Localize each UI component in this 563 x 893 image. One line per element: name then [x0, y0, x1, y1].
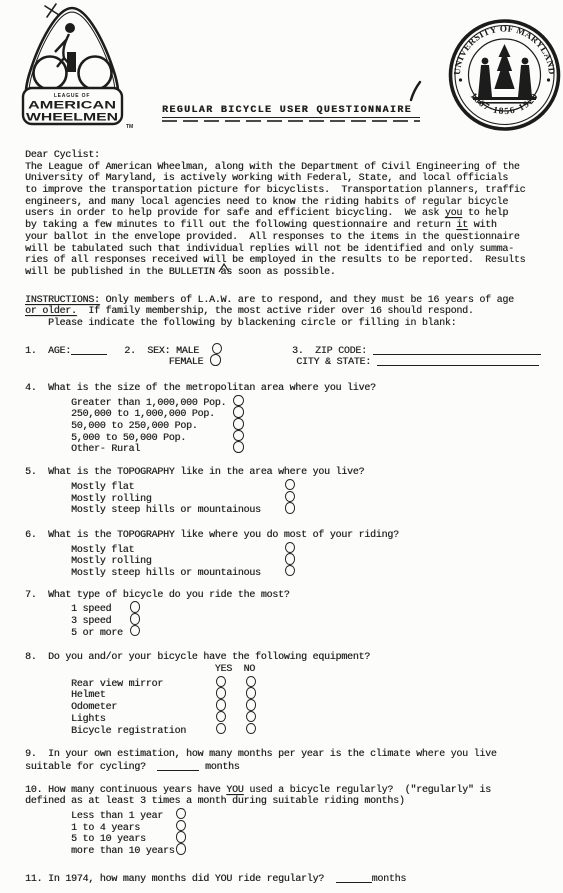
questions: 1. AGE: 2. SEX: MALE 3. ZIP CODE: FEMALE… — [25, 343, 555, 885]
text-line: FEMALE CITY & STATE: — [25, 354, 555, 366]
text-line: Mostly rolling — [25, 553, 555, 565]
text-run: will be tabulated such that individual r… — [25, 244, 514, 255]
answer-circle[interactable] — [285, 479, 296, 491]
text-line: 5 or more — [25, 625, 555, 637]
question-block-q123: 1. AGE: 2. SEX: MALE 3. ZIP CODE: FEMALE… — [25, 343, 555, 366]
text-line: 3 speed — [25, 613, 555, 625]
text-run: Dear Cyclist: — [25, 150, 100, 161]
page-title: REGULAR BICYCLE USER QUESTIONNAIRE — [162, 105, 420, 122]
text-run: with — [468, 220, 497, 231]
text-run: 9. In your own estimation, how many mont… — [25, 749, 497, 760]
text-run: 8. Do you and/or your bicycle have the f… — [25, 652, 370, 663]
text-line: 1 to 4 years — [25, 820, 555, 832]
text-run: Bicycle registration — [25, 726, 215, 737]
text-run: to help — [462, 208, 508, 219]
text-run — [227, 726, 244, 737]
answer-circle[interactable] — [233, 406, 244, 418]
text-run: The League of American Wheelman, along w… — [25, 162, 520, 173]
text-run: Mostly steep hills or mountainous — [25, 568, 284, 579]
text-line: Rear view mirror — [25, 676, 555, 688]
text-run: ries of all responses received will be e… — [25, 255, 525, 266]
text-run: CITY & STATE: — [222, 357, 377, 368]
text-run: users in order to help provide for safe … — [25, 208, 445, 219]
letter-body: Dear Cyclist:The League of American Whee… — [25, 150, 555, 279]
answer-circle[interactable] — [176, 843, 187, 855]
question-block-q9: 9. In your own estimation, how many mont… — [25, 749, 555, 772]
text-line: 1 speed — [25, 601, 555, 613]
logo-league-of-text: LEAGUE OF — [54, 93, 90, 99]
text-line: to improve the transportation picture fo… — [25, 185, 555, 197]
text-run: defined as at least 3 times a month duri… — [25, 796, 405, 807]
text-run: If family membership, the most active ri… — [77, 306, 474, 317]
scanned-questionnaire-page: LEAGUE OF AMERICAN WHEELMEN TM REGULAR B… — [0, 0, 563, 893]
question-block-q11: 11. In 1974, how many months did YOU rid… — [25, 873, 555, 885]
answer-circle[interactable] — [233, 418, 244, 430]
answer-circle[interactable] — [210, 354, 221, 366]
logo-wheelmen-text: WHEELMEN — [26, 112, 118, 124]
title-underline — [162, 120, 420, 122]
text-line: YES NO — [25, 664, 555, 676]
text-run: YES NO — [25, 664, 255, 675]
cyclist-head — [65, 23, 75, 33]
text-line: 4. What is the size of the metropolitan … — [25, 383, 555, 395]
text-line: Mostly steep hills or mountainous — [25, 502, 555, 514]
answer-circle[interactable] — [285, 542, 296, 554]
answer-circle[interactable] — [130, 601, 141, 613]
underlined-text: INSTRUCTIONS: — [25, 295, 100, 306]
text-run: Mostly steep hills or mountainous — [25, 505, 284, 516]
text-run: will be published in the BULLETIN as soo… — [25, 267, 336, 278]
title-text: REGULAR BICYCLE USER QUESTIONNAIRE — [162, 105, 420, 118]
text-line: will be published in the BULLETIN as soo… — [25, 267, 555, 279]
text-line: Lights — [25, 711, 555, 723]
underlined-text: it — [456, 220, 468, 231]
text-line: Odometer — [25, 699, 555, 711]
text-run: Please indicate the following by blacken… — [25, 318, 456, 329]
question-block-q8: 8. Do you and/or your bicycle have the f… — [25, 652, 555, 734]
answer-circle[interactable] — [212, 343, 223, 355]
text-line: ries of all responses received will be e… — [25, 255, 555, 267]
question-block-q5: 5. What is the TOPOGRAPHY like in the ar… — [25, 467, 555, 514]
text-run: to improve the transportation picture fo… — [25, 185, 525, 196]
cyclist-seat — [67, 52, 76, 72]
question-block-q4: 4. What is the size of the metropolitan … — [25, 383, 555, 453]
answer-circle[interactable] — [285, 502, 296, 514]
text-line: 5. What is the TOPOGRAPHY like in the ar… — [25, 467, 555, 479]
text-run: more than 10 years — [25, 846, 175, 857]
text-line: 5,000 to 50,000 Pop. — [25, 430, 555, 442]
answer-circle[interactable] — [246, 723, 257, 735]
blank-field[interactable] — [373, 345, 541, 355]
question-block-q10: 10. How many continuous years have YOU u… — [25, 785, 555, 855]
underlined-text: you — [445, 208, 462, 219]
text-line: Mostly flat — [25, 479, 555, 491]
answer-circle[interactable] — [246, 699, 257, 711]
university-of-maryland-seal: UNIVERSITY OF MARYLAND 1807·1856·1920 — [447, 18, 562, 134]
underlined-text: or older. — [25, 306, 77, 317]
text-run: FEMALE — [25, 357, 209, 368]
text-run: 6. What is the TOPOGRAPHY like where you… — [25, 530, 399, 541]
question-block-q6: 6. What is the TOPOGRAPHY like where you… — [25, 530, 555, 577]
text-run: months — [199, 762, 239, 773]
text-line: 9. In your own estimation, how many mont… — [25, 749, 555, 761]
text-run: 4. What is the size of the metropolitan … — [25, 383, 376, 394]
text-run: 10. How many continuous years have — [25, 785, 226, 796]
text-run: your ballot in the envelope provided. Al… — [25, 232, 520, 243]
blank-field[interactable] — [336, 873, 372, 883]
blank-field[interactable] — [157, 761, 199, 771]
text-line: engineers, and many local agencies need … — [25, 197, 555, 209]
text-line: Helmet — [25, 687, 555, 699]
answer-circle[interactable] — [216, 687, 227, 699]
blank-field[interactable] — [377, 356, 539, 366]
blank-field[interactable] — [71, 345, 107, 355]
text-line: Mostly steep hills or mountainous — [25, 565, 555, 577]
text-line: Mostly rolling — [25, 491, 555, 503]
answer-circle[interactable] — [246, 676, 257, 688]
text-line: Mostly flat — [25, 542, 555, 554]
bicycle-wheel-right — [79, 57, 112, 90]
answer-circle[interactable] — [246, 687, 257, 699]
text-line: suitable for cycling? months — [25, 761, 555, 773]
question-block-q7: 7. What type of bicycle do you ride the … — [25, 590, 555, 637]
league-of-american-wheelmen-logo: LEAGUE OF AMERICAN WHEELMEN TM — [10, 4, 134, 132]
text-line: 250,000 to 1,000,000 Pop. — [25, 406, 555, 418]
text-run: by taking a few minutes to fill out the … — [25, 220, 456, 231]
text-line: Dear Cyclist: — [25, 150, 555, 162]
answer-circle[interactable] — [130, 613, 141, 625]
text-run: 7. What type of bicycle do you ride the … — [25, 590, 290, 601]
answer-circle[interactable] — [233, 430, 244, 442]
seal-figures — [473, 44, 536, 104]
text-line: INSTRUCTIONS: Only members of L.A.W. are… — [25, 295, 555, 307]
text-line: by taking a few minutes to fill out the … — [25, 220, 555, 232]
text-run: suitable for cycling? — [25, 762, 157, 773]
text-run: Other- Rural — [25, 444, 232, 455]
text-line: University of Maryland, is actively work… — [25, 173, 555, 185]
text-line: 1. AGE: 2. SEX: MALE 3. ZIP CODE: — [25, 343, 555, 355]
answer-circle[interactable] — [246, 711, 257, 723]
answer-circle[interactable] — [176, 820, 187, 832]
logo-american-text: AMERICAN — [28, 100, 116, 112]
underlined-text: YOU — [226, 785, 243, 796]
text-line: 8. Do you and/or your bicycle have the f… — [25, 652, 555, 664]
text-line: your ballot in the envelope provided. Al… — [25, 232, 555, 244]
text-run: Only members of L.A.W. are to respond, a… — [100, 295, 514, 306]
text-line: 10. How many continuous years have YOU u… — [25, 785, 555, 797]
answer-circle[interactable] — [216, 711, 227, 723]
trademark-symbol: TM — [126, 124, 133, 130]
answer-circle[interactable] — [176, 808, 187, 820]
text-line: Other- Rural — [25, 441, 555, 453]
text-line: users in order to help provide for safe … — [25, 208, 555, 220]
text-run: 5. What is the TOPOGRAPHY like in the ar… — [25, 467, 364, 478]
text-line: will be tabulated such that individual r… — [25, 244, 555, 256]
text-line: 50,000 to 250,000 Pop. — [25, 418, 555, 430]
text-run: engineers, and many local agencies need … — [25, 197, 508, 208]
text-run: University of Maryland, is actively work… — [25, 173, 508, 184]
text-line: or older. If family membership, the most… — [25, 306, 555, 318]
instructions: INSTRUCTIONS: Only members of L.A.W. are… — [25, 295, 555, 330]
text-run: months — [372, 874, 407, 885]
text-line: 11. In 1974, how many months did YOU rid… — [25, 873, 555, 885]
text-line: Please indicate the following by blacken… — [25, 318, 555, 330]
text-line: Bicycle registration — [25, 723, 555, 735]
answer-circle[interactable] — [216, 676, 227, 688]
text-line: Greater than 1,000,000 Pop. — [25, 395, 555, 407]
answer-circle[interactable] — [233, 441, 244, 453]
text-line: 7. What type of bicycle do you ride the … — [25, 590, 555, 602]
text-run: 11. In 1974, how many months did YOU rid… — [25, 874, 336, 885]
text-line: more than 10 years — [25, 843, 555, 855]
text-run: used a bicycle regularly? ("regularly" i… — [244, 785, 491, 796]
text-line: Less than 1 year — [25, 808, 555, 820]
text-line: defined as at least 3 times a month duri… — [25, 796, 555, 808]
answer-circle[interactable] — [130, 625, 141, 637]
answer-circle[interactable] — [233, 395, 244, 407]
answer-circle[interactable] — [285, 565, 296, 577]
answer-circle[interactable] — [216, 699, 227, 711]
text-line: 5 to 10 years — [25, 831, 555, 843]
pen-mark — [408, 80, 422, 102]
document-content: Dear Cyclist:The League of American Whee… — [25, 150, 555, 884]
answer-circle[interactable] — [216, 723, 227, 735]
text-line: 6. What is the TOPOGRAPHY like where you… — [25, 530, 555, 542]
text-line: The League of American Wheelman, along w… — [25, 162, 555, 174]
answer-circle[interactable] — [285, 553, 296, 565]
answer-circle[interactable] — [176, 831, 187, 843]
text-run: 5 or more — [25, 628, 129, 639]
answer-circle[interactable] — [285, 491, 296, 503]
